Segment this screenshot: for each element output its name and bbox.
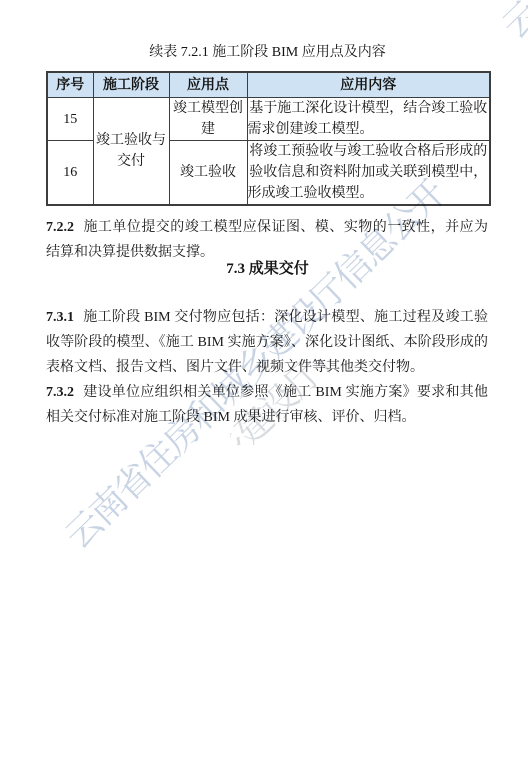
content-cell: 将竣工预验收与竣工验收合格后形成的验收信息和资料附加或关联到模型中，形成竣工验收… xyxy=(247,141,490,206)
seq-cell: 15 xyxy=(47,98,93,141)
seq-cell: 16 xyxy=(47,141,93,206)
clause-text: 建设单位应组织相关单位参照《施工 BIM 实施方案》要求和其他相关交付标准对施工… xyxy=(46,385,488,425)
table-header-row: 序号 施工阶段 应用点 应用内容 xyxy=(47,72,490,98)
clause-number: 7.2.2 xyxy=(46,220,74,235)
bim-application-table: 序号 施工阶段 应用点 应用内容 15 竣工验收与交付 竣工模型创建 基于施工深… xyxy=(46,71,491,206)
table-row: 15 竣工验收与交付 竣工模型创建 基于施工深化设计模型，结合竣工验收需求创建竣… xyxy=(47,98,490,141)
point-cell: 竣工验收 xyxy=(169,141,247,206)
clause-7-3-1: 7.3.1施工阶段 BIM 交付物应包括：深化设计模型、施工过程及竣工验收等阶段… xyxy=(46,305,488,380)
watermark-corner-fragment: 云南省住房和城乡建设厅信息公开 xyxy=(460,0,528,81)
point-cell: 竣工模型创建 xyxy=(169,98,247,141)
column-header-content: 应用内容 xyxy=(247,72,490,98)
clause-text: 施工阶段 BIM 交付物应包括：深化设计模型、施工过程及竣工验收等阶段的模型、《… xyxy=(46,310,488,375)
section-heading-7-3: 7.3 成果交付 xyxy=(46,257,489,282)
document-page: 续表 7.2.1 施工阶段 BIM 应用点及内容 序号 施工阶段 应用点 应用内… xyxy=(0,0,528,767)
clause-text: 施工单位提交的竣工模型应保证图、模、实物的一致性，并应为结算和决算提供数据支撑。 xyxy=(46,220,488,260)
column-header-stage: 施工阶段 xyxy=(93,72,169,98)
clause-7-3-2: 7.3.2建设单位应组织相关单位参照《施工 BIM 实施方案》要求和其他相关交付… xyxy=(46,380,488,430)
clause-number: 7.3.2 xyxy=(46,385,74,400)
clause-number: 7.3.1 xyxy=(46,310,74,325)
stage-cell-merged: 竣工验收与交付 xyxy=(93,98,169,206)
table-title: 续表 7.2.1 施工阶段 BIM 应用点及内容 xyxy=(46,44,489,62)
column-header-point: 应用点 xyxy=(169,72,247,98)
column-header-seq: 序号 xyxy=(47,72,93,98)
content-cell: 基于施工深化设计模型，结合竣工验收需求创建竣工模型。 xyxy=(247,98,490,141)
